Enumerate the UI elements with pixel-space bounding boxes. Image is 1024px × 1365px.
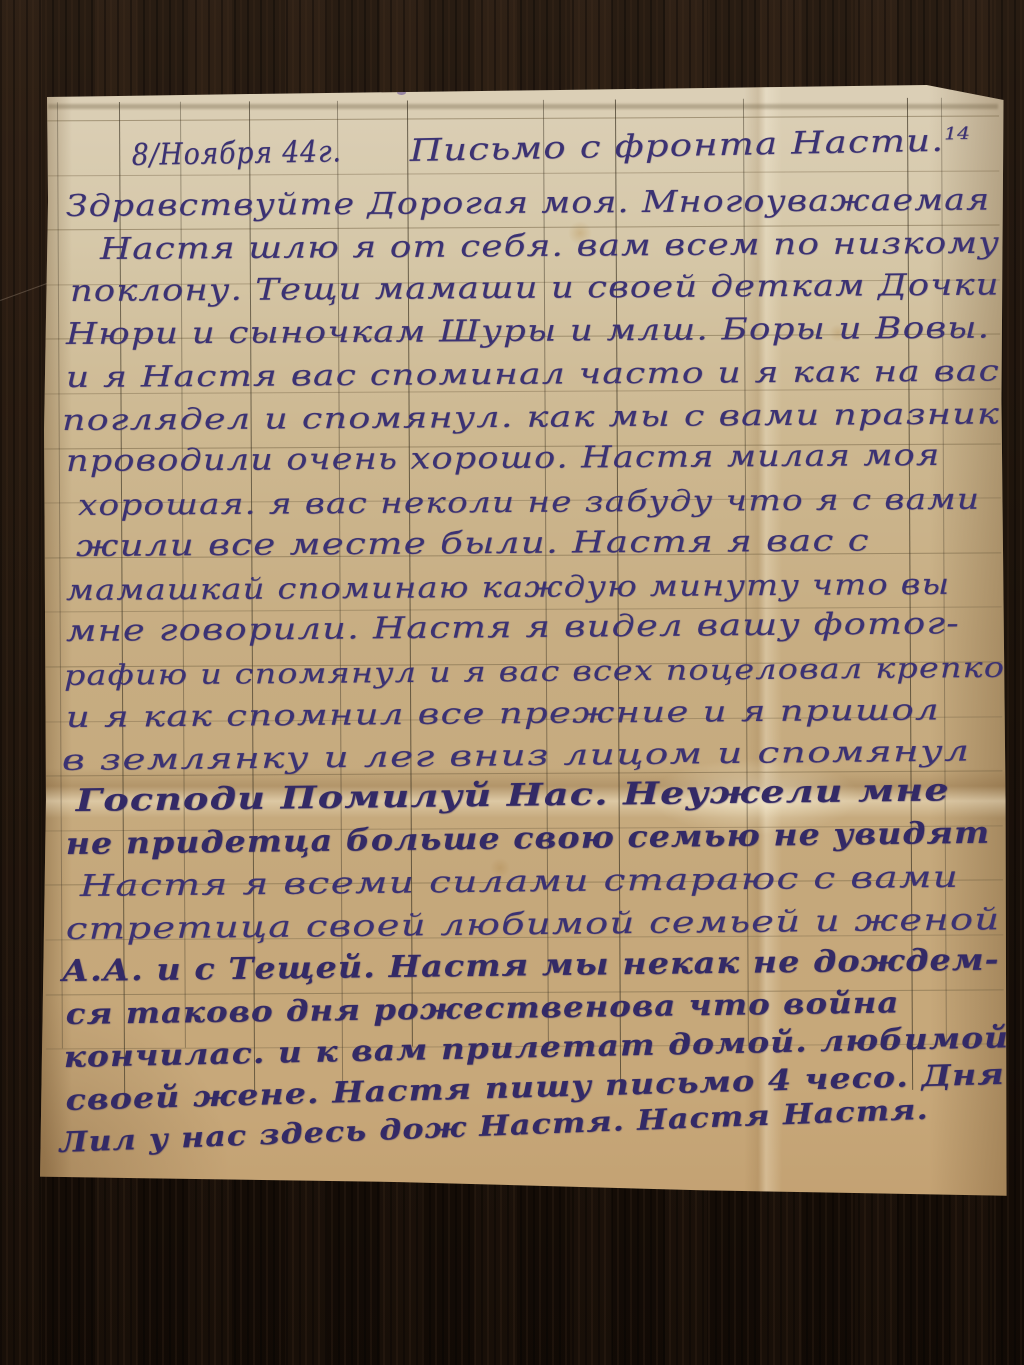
letter-line: мамашкай споминаю каждую минуту что вы [66, 570, 951, 605]
letter-line: поклону. Тещи мамаши и своей деткам Дочк… [70, 271, 1000, 307]
letter-line: мне говорили. Настя я видел вашу фотог- [66, 609, 960, 647]
letter-line: рафию и спомянул и я вас всех поцеловал … [64, 654, 1005, 690]
letter-paper: 8/Ноября 44г. Письмо с фронта Насти.14 З… [0, 0, 1024, 1365]
letter-line: жили все месте были. Настя я вас с [76, 526, 870, 562]
letter-line: проводили очень хорошо. Настя милая моя [66, 441, 941, 477]
letter-line: поглядел и спомянул. как мы с вами празн… [62, 399, 1000, 435]
letter-line: Настя я всеми силами стараюс с вами [80, 863, 960, 902]
letter-line: Настя шлю я от себя. вам всем по низкому [100, 229, 1000, 265]
letter-line: Здравствуйте Дорогая моя. Многоуважаемая [66, 186, 991, 222]
grid-hline [41, 115, 999, 121]
letter-line: и я как спомнил все прежние и я пришол [66, 695, 940, 732]
grid-vline [57, 102, 63, 1048]
letter-line: и я Настя вас споминал часто и я как на … [66, 356, 1000, 392]
photo-of-letter: 8/Ноября 44г. Письмо с фронта Насти.14 З… [0, 0, 1024, 1365]
letter-line: хорошая. я вас неколи не забуду что я с … [78, 485, 980, 520]
letter-date: 8/Ноября 44г. [131, 137, 342, 171]
letter-title-mark: 14 [944, 124, 970, 144]
letter-line: Нюри и сыночкам Шуры и млш. Боры и Вовы. [66, 314, 990, 350]
